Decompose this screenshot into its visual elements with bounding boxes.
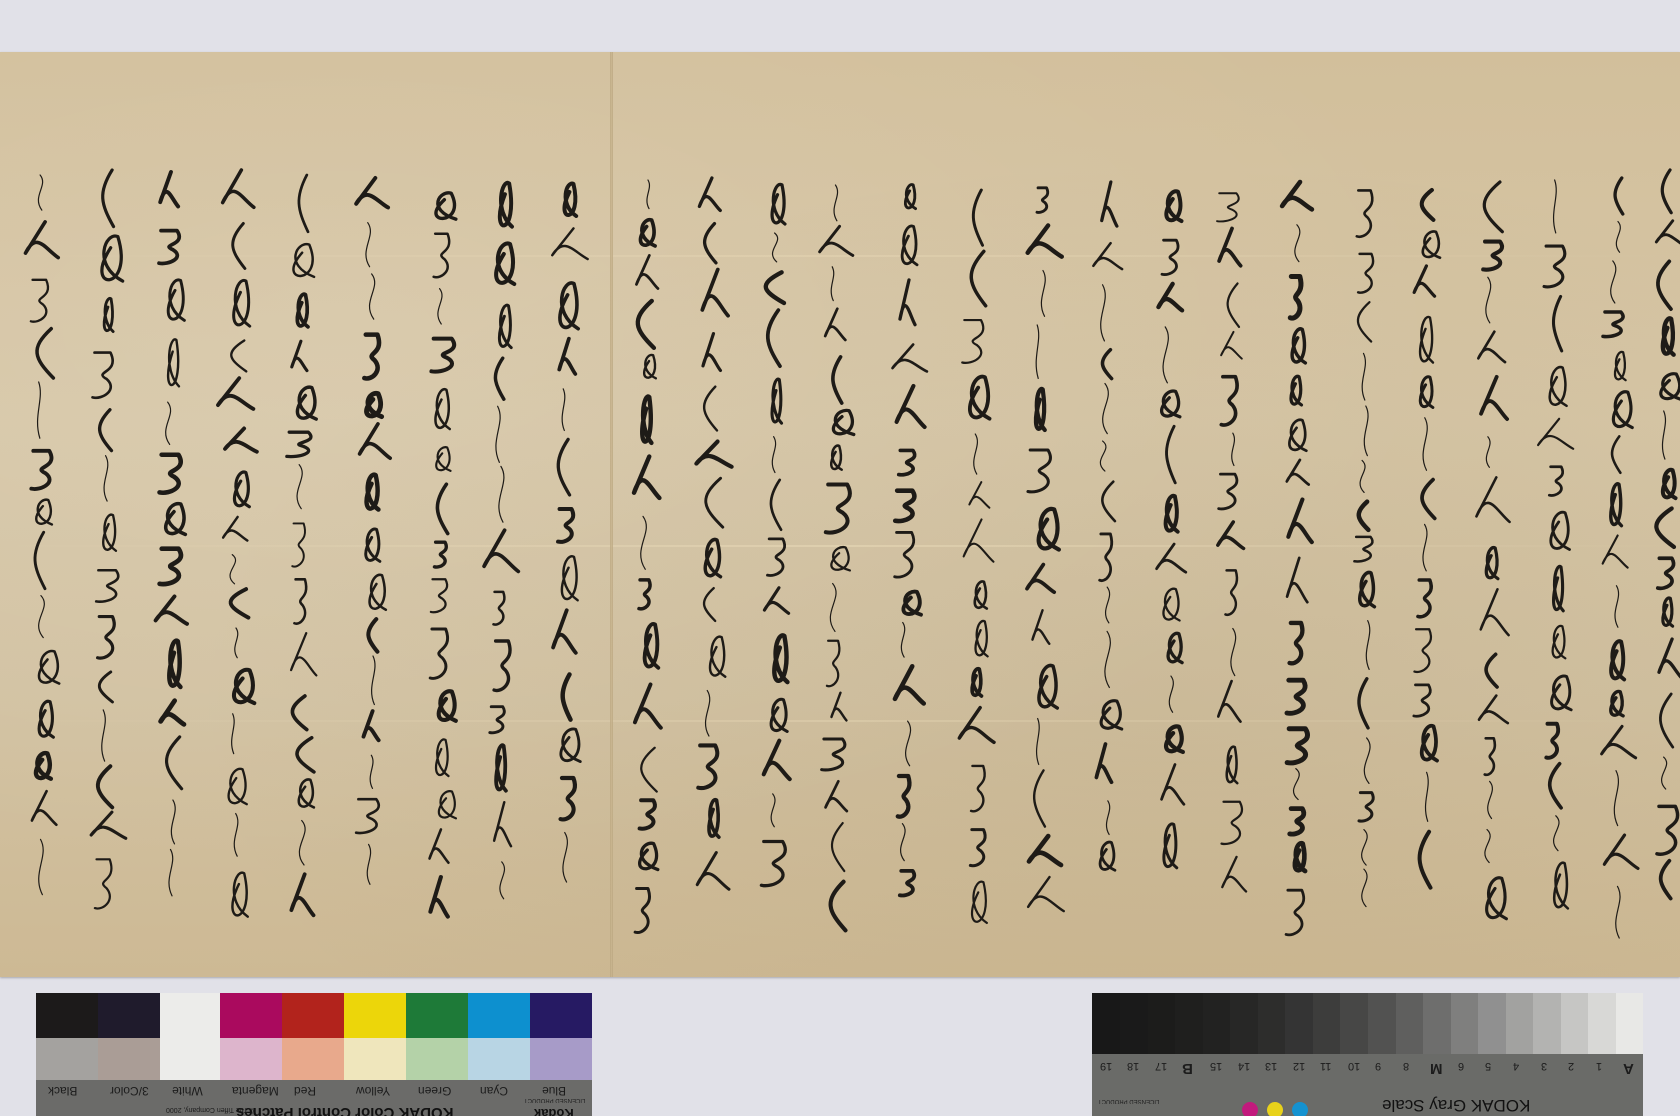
brush-stroke — [972, 669, 981, 696]
brush-stroke — [1231, 628, 1236, 675]
brush-stroke — [291, 633, 316, 675]
brush-stroke — [1034, 770, 1045, 826]
brush-stroke — [93, 353, 113, 398]
gray-step-label: 10 — [1348, 1060, 1360, 1072]
brush-stroke — [225, 428, 257, 451]
text-column — [430, 193, 456, 917]
text-column — [696, 178, 731, 889]
brush-stroke — [1553, 296, 1561, 350]
brush-stroke — [635, 684, 661, 727]
brush-stroke — [169, 849, 173, 895]
text-column — [634, 180, 661, 933]
brush-stroke — [1362, 869, 1367, 906]
brush-stroke — [901, 824, 906, 861]
gray-step-swatch — [1285, 993, 1313, 1054]
brush-stroke — [903, 592, 921, 615]
brush-stroke — [562, 389, 565, 431]
cyan-dot — [1292, 1102, 1308, 1116]
brush-stroke — [640, 800, 655, 829]
brush-stroke — [436, 193, 456, 219]
text-column — [91, 170, 126, 909]
gray-step-swatch — [1615, 993, 1643, 1054]
text-column — [892, 185, 926, 896]
brush-stroke — [1364, 406, 1368, 456]
gray-step-swatch — [1368, 993, 1396, 1054]
brush-stroke — [563, 674, 571, 719]
brush-stroke — [1168, 633, 1182, 662]
brush-stroke — [710, 637, 725, 677]
text-column — [1093, 182, 1122, 870]
gray-step-label: 18 — [1127, 1060, 1139, 1072]
brush-stroke — [95, 859, 112, 908]
brush-stroke — [1163, 327, 1168, 383]
brush-stroke — [372, 656, 375, 705]
gray-step-label: 9 — [1375, 1060, 1381, 1072]
brush-stroke — [906, 721, 911, 766]
brush-stroke — [764, 741, 790, 779]
brush-stroke — [761, 842, 785, 886]
kodak-color-control-patches: Black3/ColorWhiteMagentaRedYellowGreenCy… — [36, 993, 592, 1116]
text-column — [1157, 191, 1186, 868]
brush-stroke — [1485, 830, 1490, 863]
brush-stroke — [484, 530, 518, 571]
gray-step-label: 6 — [1458, 1060, 1464, 1072]
brush-stroke — [1661, 861, 1671, 899]
brush-stroke — [1486, 437, 1490, 468]
brush-stroke — [642, 397, 651, 443]
brush-stroke — [772, 379, 781, 423]
brush-stroke — [36, 500, 52, 525]
brush-stroke — [703, 334, 720, 371]
brush-stroke — [104, 456, 108, 501]
brush-stroke — [1422, 726, 1437, 761]
color-patch-black — [36, 993, 98, 1038]
brush-stroke — [766, 272, 784, 303]
brush-stroke — [704, 588, 715, 621]
brush-stroke — [292, 523, 305, 566]
brush-stroke — [1614, 771, 1618, 826]
brush-stroke — [1162, 391, 1180, 417]
brush-stroke — [223, 170, 254, 207]
gray-step-label: 19 — [1100, 1060, 1112, 1072]
gray-scale-title: KODAK Gray Scale — [1382, 1095, 1530, 1115]
brush-stroke — [1420, 317, 1433, 363]
gray-step-swatch — [1257, 993, 1285, 1054]
gray-step-swatch — [1588, 993, 1616, 1054]
gray-step-swatch — [1423, 993, 1451, 1054]
brush-stroke — [1603, 536, 1628, 568]
brush-stroke — [103, 515, 116, 551]
brush-stroke — [1604, 835, 1638, 868]
brush-stroke — [1359, 793, 1373, 822]
text-column — [1282, 182, 1312, 935]
color-patch-label: Green — [418, 1084, 451, 1098]
brush-stroke — [639, 580, 650, 609]
brush-stroke — [367, 475, 379, 510]
brush-stroke — [1286, 890, 1304, 935]
brush-stroke — [1658, 558, 1674, 588]
gray-step-label: 1 — [1596, 1060, 1602, 1072]
brush-stroke — [969, 482, 989, 508]
brush-stroke — [1486, 654, 1497, 687]
gray-step-label: 3 — [1541, 1060, 1547, 1072]
brush-stroke — [1290, 809, 1304, 835]
color-patch-label: Magenta — [232, 1084, 279, 1098]
brush-stroke — [292, 341, 307, 370]
brush-stroke — [438, 289, 442, 324]
brush-stroke — [641, 748, 656, 792]
brush-stroke — [494, 641, 510, 691]
brush-stroke — [560, 283, 578, 329]
brush-stroke — [1425, 772, 1428, 821]
brush-stroke — [39, 839, 43, 894]
brush-stroke — [767, 539, 784, 576]
gray-step-swatch — [1147, 993, 1175, 1054]
brush-stroke — [1613, 392, 1632, 428]
brush-stroke — [439, 691, 456, 721]
brush-stroke — [768, 310, 780, 366]
brush-stroke — [898, 776, 910, 817]
color-patch-label: Yellow — [356, 1084, 390, 1098]
brush-stroke — [104, 298, 113, 331]
color-patch-magenta — [220, 993, 282, 1038]
brush-stroke — [32, 791, 56, 825]
brush-stroke — [1603, 312, 1623, 337]
brush-stroke — [1028, 450, 1051, 492]
brush-stroke — [297, 738, 314, 772]
brush-stroke — [1554, 863, 1568, 909]
brush-stroke — [772, 437, 775, 473]
brush-stroke — [231, 589, 249, 617]
brush-stroke — [1167, 426, 1176, 483]
brush-stroke — [160, 172, 178, 206]
brush-stroke — [96, 570, 118, 601]
gray-scale-label-strip: A123456M89101112131415B171819 KODAK Gray… — [1092, 1054, 1643, 1116]
brush-stroke — [1028, 225, 1062, 256]
brush-stroke — [366, 223, 370, 267]
brush-stroke — [1100, 842, 1115, 870]
brush-stroke — [370, 274, 375, 319]
brush-stroke — [367, 844, 370, 884]
brush-stroke — [1544, 246, 1565, 287]
text-column — [1414, 190, 1440, 888]
brush-stroke — [892, 344, 926, 371]
brush-stroke — [171, 800, 175, 844]
brush-stroke — [437, 484, 447, 533]
brush-stroke — [1221, 377, 1237, 425]
brush-stroke — [1550, 367, 1567, 406]
brush-stroke — [553, 610, 576, 653]
text-column — [959, 190, 994, 923]
text-column — [1476, 182, 1509, 919]
brush-stroke — [1032, 610, 1049, 644]
color-patch-blue — [530, 993, 592, 1038]
brush-stroke — [229, 769, 247, 804]
gray-step-label: B — [1182, 1060, 1193, 1077]
brush-stroke — [561, 778, 575, 819]
brush-stroke — [156, 596, 187, 623]
brush-stroke — [1422, 190, 1434, 220]
brush-stroke — [31, 280, 48, 322]
brush-stroke — [91, 812, 126, 838]
brush-stroke — [771, 794, 775, 827]
brush-stroke — [493, 592, 504, 625]
brush-stroke — [1166, 191, 1181, 221]
brush-stroke — [764, 588, 788, 614]
brush-stroke — [1158, 284, 1182, 311]
brush-stroke — [1289, 420, 1306, 451]
brush-stroke — [1615, 178, 1623, 214]
color-patch-red — [282, 993, 344, 1038]
licensed-product-label: LICENSED PRODUCT — [1098, 1098, 1159, 1104]
brush-stroke — [1554, 816, 1559, 851]
brush-stroke — [434, 542, 446, 567]
brush-stroke — [1029, 836, 1061, 865]
brush-stroke — [831, 882, 846, 931]
brush-stroke — [496, 745, 506, 791]
brush-stroke — [1661, 374, 1680, 400]
gray-step-label: 15 — [1210, 1060, 1222, 1072]
brush-stroke — [564, 184, 576, 216]
brush-stroke — [39, 596, 45, 638]
brush-stroke — [1552, 676, 1572, 710]
brush-stroke — [299, 175, 308, 232]
brush-stroke — [1221, 332, 1242, 359]
calligraphy-text-columns — [0, 0, 1680, 1116]
brush-stroke — [830, 583, 836, 631]
brush-stroke — [1659, 639, 1680, 677]
brush-stroke — [166, 402, 171, 444]
brush-stroke — [1157, 544, 1186, 572]
brush-stroke — [1295, 225, 1300, 262]
brush-stroke — [561, 729, 580, 762]
brush-stroke — [645, 624, 659, 668]
gray-step-label: 8 — [1403, 1060, 1409, 1072]
gray-step-swatch — [1175, 993, 1203, 1054]
brush-stroke — [98, 617, 115, 659]
color-patch-cyan — [468, 993, 530, 1038]
brush-stroke — [1041, 271, 1045, 317]
brush-stroke — [833, 410, 853, 434]
brush-stroke — [38, 382, 41, 438]
brush-stroke — [294, 579, 306, 623]
brush-stroke — [558, 439, 569, 495]
brush-stroke — [31, 451, 51, 489]
brush-stroke — [102, 236, 123, 281]
brush-stroke — [1221, 802, 1242, 844]
brush-stroke — [436, 739, 448, 776]
brush-stroke — [35, 532, 45, 588]
brush-stroke — [971, 251, 985, 305]
brush-stroke — [431, 579, 447, 612]
brush-stroke — [964, 519, 994, 561]
brush-stroke — [901, 622, 904, 657]
brush-stroke — [1423, 418, 1427, 471]
gray-step-swatch — [1340, 993, 1368, 1054]
brush-stroke — [364, 335, 379, 379]
brush-stroke — [360, 424, 391, 458]
brush-stroke — [1166, 726, 1183, 752]
brush-stroke — [291, 874, 313, 915]
brush-stroke — [436, 447, 450, 471]
brush-stroke — [218, 378, 253, 409]
brush-stroke — [1602, 726, 1636, 757]
text-column — [1354, 190, 1374, 906]
brush-stroke — [356, 178, 388, 207]
brush-stroke — [39, 701, 53, 737]
brush-stroke — [1218, 522, 1244, 548]
brush-stroke — [25, 222, 58, 258]
brush-stroke — [234, 472, 249, 507]
brush-stroke — [1554, 180, 1557, 233]
gray-step-swatch — [1202, 993, 1230, 1054]
brush-stroke — [98, 766, 112, 807]
brush-stroke — [1217, 193, 1239, 221]
brush-stroke — [1106, 587, 1110, 623]
brush-stroke — [1295, 843, 1305, 871]
text-column — [820, 185, 854, 930]
brush-stroke — [704, 387, 717, 431]
brush-stroke — [1232, 433, 1235, 465]
brush-stroke — [499, 466, 504, 522]
brush-stroke — [1358, 302, 1371, 341]
brush-stroke — [702, 270, 728, 316]
brush-stroke — [834, 185, 838, 221]
brush-stroke — [368, 619, 377, 652]
brush-stroke — [1360, 460, 1365, 492]
brush-stroke — [297, 387, 316, 419]
brush-stroke — [1611, 691, 1623, 715]
brush-stroke — [1481, 589, 1509, 635]
brush-stroke — [1615, 352, 1626, 380]
brush-stroke — [1101, 285, 1106, 341]
licensed-product-label: LICENSED PRODUCT — [524, 1097, 585, 1103]
brush-stroke — [1481, 377, 1507, 419]
brush-stroke — [356, 799, 379, 833]
brush-stroke — [640, 220, 655, 246]
brush-stroke — [772, 184, 785, 224]
brush-stroke — [1096, 744, 1111, 782]
gray-step-label: M — [1430, 1060, 1443, 1077]
brush-stroke — [970, 377, 990, 419]
brush-stroke — [168, 339, 179, 386]
gray-step-swatch — [1092, 993, 1120, 1054]
brush-stroke — [1354, 537, 1372, 562]
brush-stroke — [1287, 460, 1309, 485]
brush-stroke — [1357, 190, 1373, 236]
brush-stroke — [699, 178, 720, 210]
brush-stroke — [1486, 548, 1498, 579]
color-patch-label: Cyan — [480, 1084, 508, 1098]
brush-stroke — [1616, 222, 1620, 253]
brush-stroke — [558, 509, 573, 542]
brush-stroke — [366, 529, 380, 561]
brush-stroke — [820, 226, 853, 255]
brush-stroke — [831, 693, 846, 721]
brush-stroke — [1292, 329, 1305, 363]
brush-stroke — [1658, 261, 1671, 309]
brush-stroke — [1414, 266, 1434, 296]
brush-stroke — [435, 389, 449, 429]
brush-stroke — [434, 234, 450, 277]
brush-stroke — [234, 280, 250, 326]
text-column — [1602, 178, 1638, 938]
brush-stroke — [1364, 738, 1370, 783]
brush-stroke — [647, 180, 650, 209]
gray-step-swatch — [1120, 993, 1148, 1054]
brush-stroke — [825, 309, 845, 340]
brush-stroke — [1287, 680, 1305, 713]
color-patch-light-blue — [530, 1038, 592, 1080]
brush-stroke — [1486, 277, 1491, 323]
brush-stroke — [496, 406, 500, 462]
brush-stroke — [831, 267, 834, 301]
gray-step-swatch — [1230, 993, 1258, 1054]
brush-stroke — [1163, 589, 1179, 621]
brush-stroke — [905, 185, 915, 209]
brush-stroke — [364, 711, 379, 740]
brush-stroke — [1287, 729, 1307, 763]
brush-stroke — [1166, 496, 1178, 532]
brush-stroke — [706, 690, 710, 736]
brush-stroke — [161, 701, 184, 725]
gray-step-swatch — [1533, 993, 1561, 1054]
brush-stroke — [1362, 830, 1368, 865]
brush-stroke — [826, 781, 847, 811]
brush-stroke — [1611, 484, 1622, 526]
brush-stroke — [1028, 877, 1064, 911]
brush-stroke — [1553, 626, 1566, 658]
brush-stroke — [900, 280, 915, 325]
brush-stroke — [159, 455, 180, 493]
brush-stroke — [367, 393, 382, 416]
text-column — [218, 170, 257, 917]
brush-stroke — [1487, 878, 1507, 919]
brush-stroke — [562, 556, 578, 600]
brush-stroke — [1102, 350, 1111, 379]
brush-stroke — [232, 873, 247, 917]
brush-stroke — [895, 491, 914, 521]
gray-step-label: 2 — [1568, 1060, 1574, 1072]
brush-stroke — [635, 889, 649, 933]
brush-stroke — [1287, 558, 1307, 602]
brush-stroke — [1228, 283, 1239, 326]
brush-stroke — [1611, 641, 1624, 679]
brush-stroke — [1538, 419, 1573, 449]
brush-stroke — [826, 485, 850, 533]
brush-stroke — [297, 465, 302, 509]
brush-stroke — [895, 666, 924, 703]
brush-stroke — [1488, 781, 1493, 818]
brush-stroke — [1656, 221, 1680, 245]
brush-stroke — [1162, 765, 1184, 805]
brush-stroke — [495, 358, 503, 399]
color-patch-light-red — [282, 1038, 344, 1080]
brush-stroke — [430, 877, 447, 916]
brush-stroke — [168, 280, 184, 320]
brush-stroke — [235, 628, 238, 658]
brush-stroke — [439, 791, 456, 818]
brush-stroke — [234, 670, 254, 703]
brush-stroke — [709, 800, 719, 838]
brush-stroke — [1037, 188, 1048, 213]
brush-stroke — [1554, 566, 1564, 610]
brush-stroke — [970, 830, 985, 866]
brush-stroke — [959, 708, 994, 743]
brush-stroke — [698, 745, 717, 788]
brush-stroke — [500, 183, 512, 227]
brush-stroke — [636, 255, 657, 288]
